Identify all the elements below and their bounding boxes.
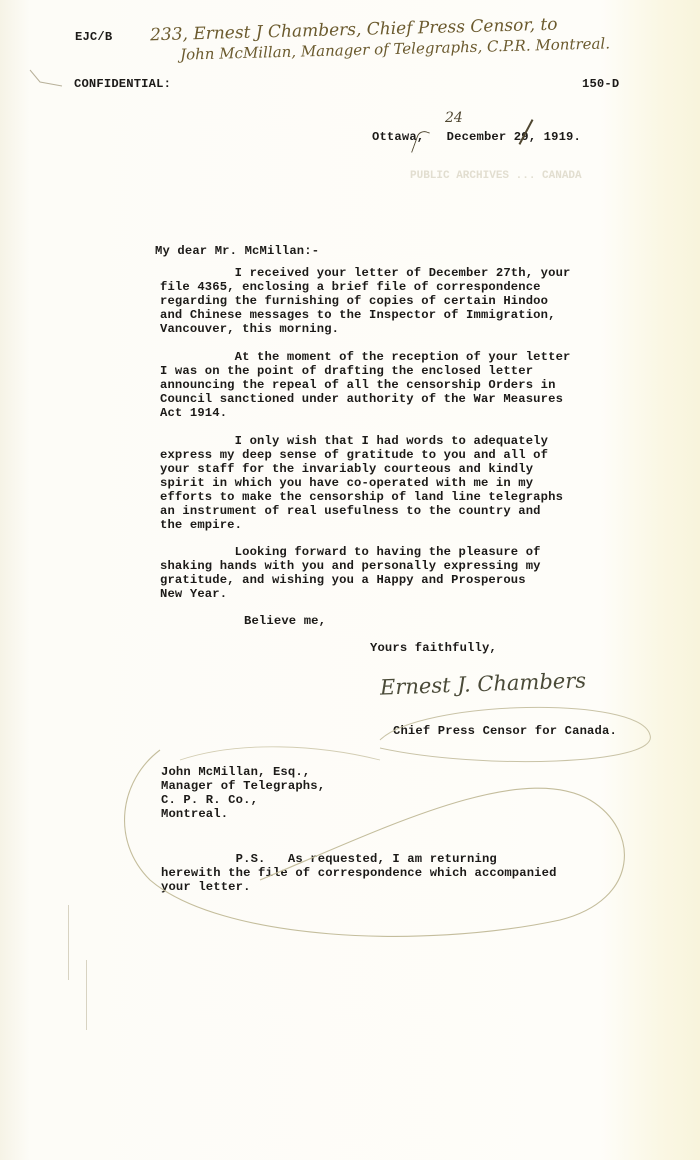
pencil-loop-marks bbox=[0, 0, 700, 1160]
